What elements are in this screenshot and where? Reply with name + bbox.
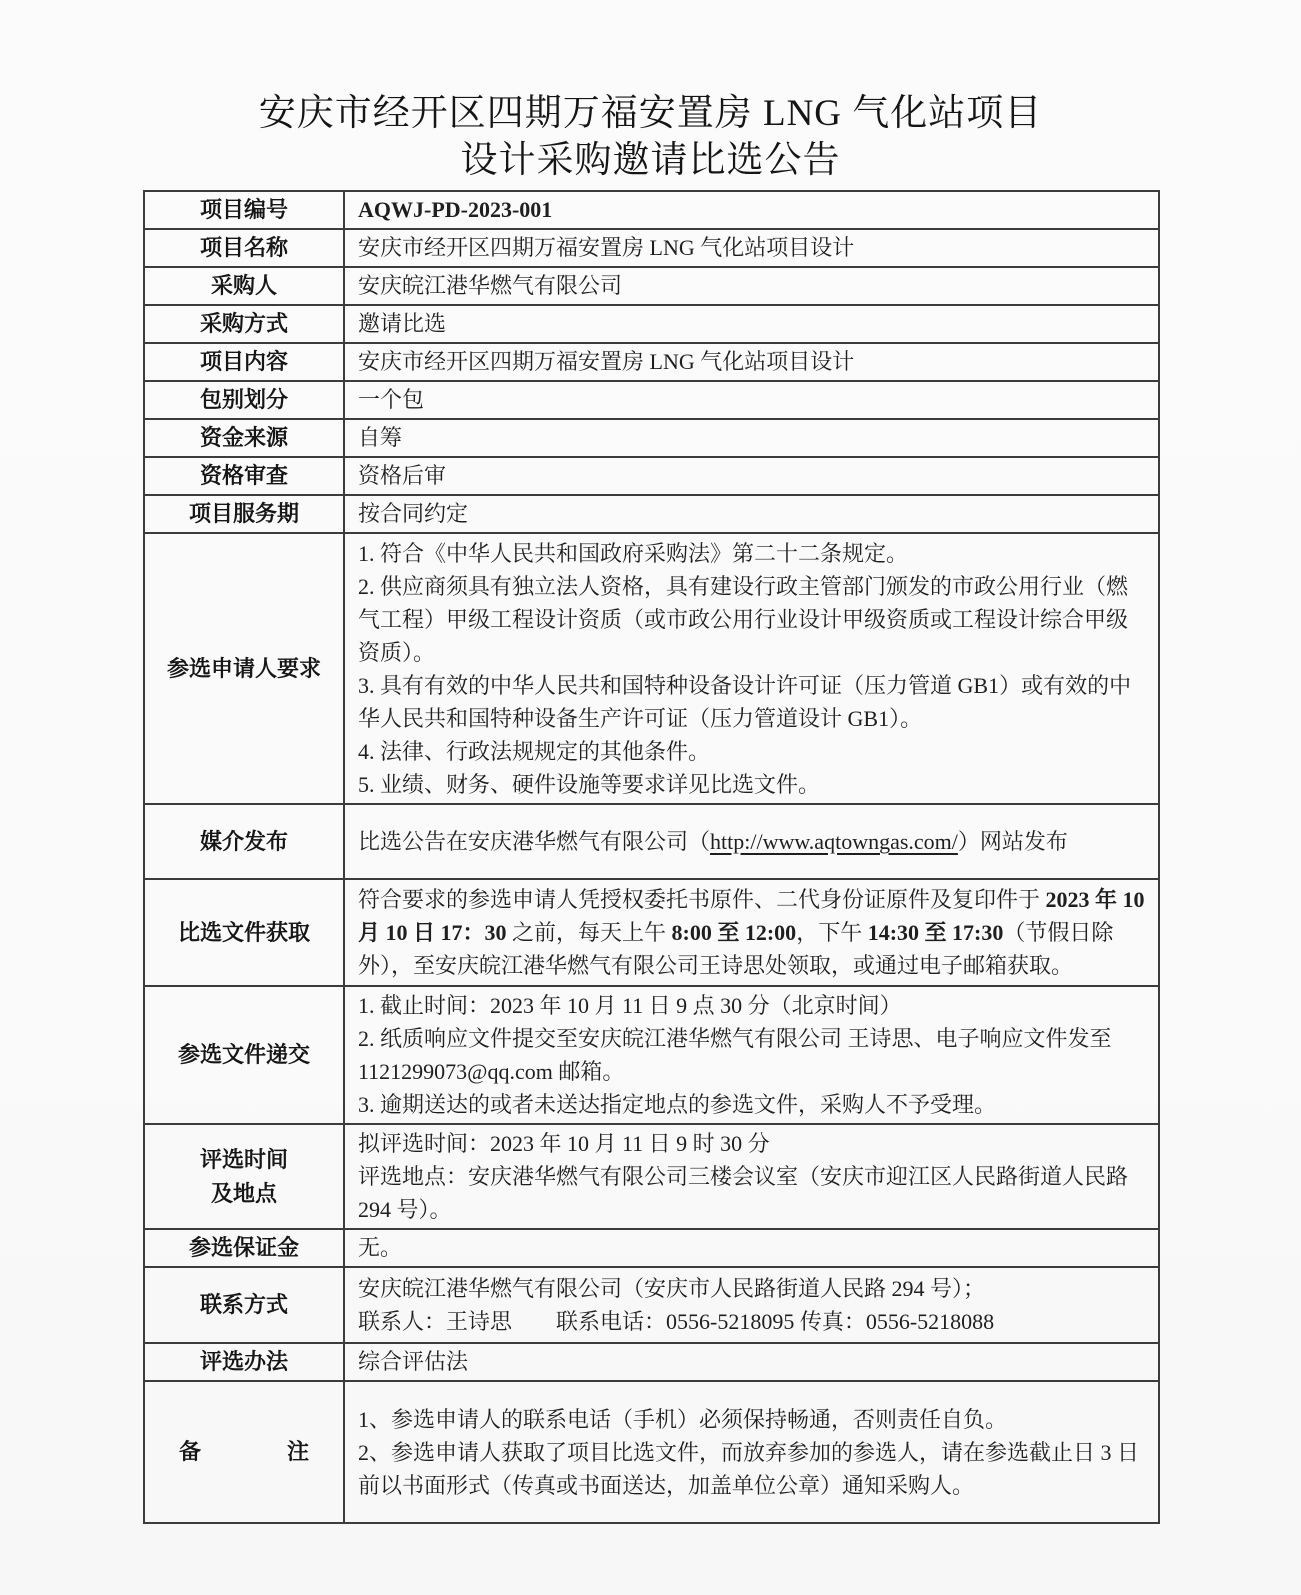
row-value: 安庆皖江港华燃气有限公司（安庆市人民路街道人民路 294 号）； 联系人：王诗思… [344,1267,1159,1343]
contact-address: 安庆皖江港华燃气有限公司（安庆市人民路街道人民路 294 号）； [358,1272,1145,1305]
table-row-media: 媒介发布 比选公告在安庆港华燃气有限公司（http://www.aqtownga… [144,804,1159,879]
row-value: 比选公告在安庆港华燃气有限公司（http://www.aqtowngas.com… [344,804,1159,879]
row-value: 自筹 [344,419,1159,457]
label-line: 评选时间 [153,1143,335,1177]
row-label: 资格审查 [144,457,344,495]
row-label: 参选申请人要求 [144,533,344,804]
requirement-item: 2. 供应商须具有独立法人资格，具有建设行政主管部门颁发的市政公用行业（燃气工程… [358,570,1145,669]
page-title: 安庆市经开区四期万福安置房 LNG 气化站项目 设计采购邀请比选公告 [0,90,1301,184]
row-value: 综合评估法 [344,1343,1159,1381]
row-label: 采购人 [144,267,344,305]
row-value: 按合同约定 [344,495,1159,533]
row-label: 资金来源 [144,419,344,457]
row-label: 参选文件递交 [144,986,344,1124]
row-label: 评选时间 及地点 [144,1124,344,1229]
row-value: 1. 符合《中华人民共和国政府采购法》第二十二条规定。 2. 供应商须具有独立法… [344,533,1159,804]
table-row-project-name: 项目名称 安庆市经开区四期万福安置房 LNG 气化站项目设计 [144,229,1159,267]
table-row-content: 项目内容 安庆市经开区四期万福安置房 LNG 气化站项目设计 [144,343,1159,381]
row-value: 安庆市经开区四期万福安置房 LNG 气化站项目设计 [344,343,1159,381]
table-row-doc-acquisition: 比选文件获取 符合要求的参选申请人凭授权委托书原件、二代身份证原件及复印件于 2… [144,879,1159,986]
text-segment: 符合要求的参选申请人凭授权委托书原件、二代身份证原件及复印件于 [358,887,1046,912]
table-row-contact: 联系方式 安庆皖江港华燃气有限公司（安庆市人民路街道人民路 294 号）； 联系… [144,1267,1159,1343]
label-char: 注 [287,1437,309,1467]
row-label: 媒介发布 [144,804,344,879]
page-title-line2: 设计采购邀请比选公告 [0,137,1301,184]
media-suffix: ）网站发布 [958,829,1068,854]
row-label: 包别划分 [144,381,344,419]
row-label: 备 注 [144,1381,344,1523]
evaluation-time: 拟评选时间：2023 年 10 月 11 日 9 时 30 分 [358,1127,1145,1160]
row-value: 邀请比选 [344,305,1159,343]
text-segment: 之前，每天上午 [507,920,672,945]
row-label: 采购方式 [144,305,344,343]
row-value: 资格后审 [344,457,1159,495]
notice-table: 项目编号 AQWJ-PD-2023-001 项目名称 安庆市经开区四期万福安置房… [143,190,1160,1524]
table-row-method: 采购方式 邀请比选 [144,305,1159,343]
row-label: 项目名称 [144,229,344,267]
table-row-doc-submission: 参选文件递交 1. 截止时间：2023 年 10 月 11 日 9 点 30 分… [144,986,1159,1124]
row-label: 项目服务期 [144,495,344,533]
acquisition-text: 符合要求的参选申请人凭授权委托书原件、二代身份证原件及复印件于 2023 年 1… [358,883,1145,982]
requirement-item: 1. 符合《中华人民共和国政府采购法》第二十二条规定。 [358,537,1145,570]
row-value: AQWJ-PD-2023-001 [344,191,1159,229]
table-row-deposit: 参选保证金 无。 [144,1229,1159,1267]
media-line: 比选公告在安庆港华燃气有限公司（http://www.aqtowngas.com… [358,825,1145,858]
evaluation-place: 评选地点：安庆港华燃气有限公司三楼会议室（安庆市迎江区人民路街道人民路 294 … [358,1160,1145,1226]
table-row-project-no: 项目编号 AQWJ-PD-2023-001 [144,191,1159,229]
text-segment: ，下午 [796,920,868,945]
row-value: 1. 截止时间：2023 年 10 月 11 日 9 点 30 分（北京时间） … [344,986,1159,1124]
submission-item: 1. 截止时间：2023 年 10 月 11 日 9 点 30 分（北京时间） [358,989,1145,1022]
row-value: 安庆皖江港华燃气有限公司 [344,267,1159,305]
table-row-funding: 资金来源 自筹 [144,419,1159,457]
table-row-evaluation-time-place: 评选时间 及地点 拟评选时间：2023 年 10 月 11 日 9 时 30 分… [144,1124,1159,1229]
submission-item: 3. 逾期送达的或者未送达指定地点的参选文件，采购人不予受理。 [358,1088,1145,1121]
row-label: 联系方式 [144,1267,344,1343]
table-row-qualification: 资格审查 资格后审 [144,457,1159,495]
row-label: 参选保证金 [144,1229,344,1267]
afternoon-hours: 14:30 至 17:30 [868,920,1004,945]
requirement-item: 4. 法律、行政法规规定的其他条件。 [358,735,1145,768]
row-value: 安庆市经开区四期万福安置房 LNG 气化站项目设计 [344,229,1159,267]
media-prefix: 比选公告在安庆港华燃气有限公司（ [358,829,710,854]
row-label: 比选文件获取 [144,879,344,986]
row-value: 无。 [344,1229,1159,1267]
table-row-purchaser: 采购人 安庆皖江港华燃气有限公司 [144,267,1159,305]
row-value: 1、参选申请人的联系电话（手机）必须保持畅通，否则责任自负。 2、参选申请人获取… [344,1381,1159,1523]
table-row-remarks: 备 注 1、参选申请人的联系电话（手机）必须保持畅通，否则责任自负。 2、参选申… [144,1381,1159,1523]
requirement-item: 3. 具有有效的中华人民共和国特种设备设计许可证（压力管道 GB1）或有效的中华… [358,669,1145,735]
row-value: 一个包 [344,381,1159,419]
page-title-line1: 安庆市经开区四期万福安置房 LNG 气化站项目 [0,90,1301,137]
table-row-packages: 包别划分 一个包 [144,381,1159,419]
label-char: 备 [179,1437,201,1467]
requirement-item: 5. 业绩、财务、硬件设施等要求详见比选文件。 [358,768,1145,801]
remark-item: 2、参选申请人获取了项目比选文件，而放弃参加的参选人，请在参选截止日 3 日前以… [358,1436,1145,1502]
submission-item: 2. 纸质响应文件提交至安庆皖江港华燃气有限公司 王诗思、电子响应文件发至 11… [358,1022,1145,1088]
table-row-evaluation-method: 评选办法 综合评估法 [144,1343,1159,1381]
table-row-service-period: 项目服务期 按合同约定 [144,495,1159,533]
label-line: 及地点 [153,1177,335,1211]
row-value: 拟评选时间：2023 年 10 月 11 日 9 时 30 分 评选地点：安庆港… [344,1124,1159,1229]
row-label: 项目编号 [144,191,344,229]
row-label: 项目内容 [144,343,344,381]
row-label: 评选办法 [144,1343,344,1381]
contact-person-phone: 联系人：王诗思 联系电话：0556-5218095 传真：0556-521808… [358,1305,1145,1338]
document-page: 安庆市经开区四期万福安置房 LNG 气化站项目 设计采购邀请比选公告 项目编号 … [0,0,1301,1595]
morning-hours: 8:00 至 12:00 [672,920,797,945]
table-row-applicant-requirements: 参选申请人要求 1. 符合《中华人民共和国政府采购法》第二十二条规定。 2. 供… [144,533,1159,804]
row-value: 符合要求的参选申请人凭授权委托书原件、二代身份证原件及复印件于 2023 年 1… [344,879,1159,986]
website-link[interactable]: http://www.aqtowngas.com/ [710,829,958,854]
remark-item: 1、参选申请人的联系电话（手机）必须保持畅通，否则责任自负。 [358,1403,1145,1436]
